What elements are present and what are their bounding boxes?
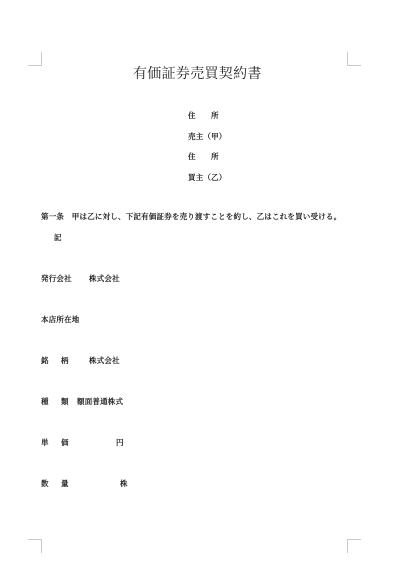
document-title: 有価証券売買契約書 xyxy=(133,66,262,83)
party-buyer-label: 買主（乙） xyxy=(188,173,227,182)
crop-mark-top-right-horizontal xyxy=(347,65,361,66)
item-label: 数 量 xyxy=(41,479,71,488)
item-label: 銘 柄 xyxy=(41,356,71,365)
item-label: 本店所在地 xyxy=(41,315,80,324)
crop-mark-top-left-horizontal xyxy=(28,65,42,66)
item-value: 額面普通株式 xyxy=(77,397,123,406)
item-label: 単 価 xyxy=(41,438,71,447)
party-seller-address-label: 住 所 xyxy=(188,111,219,120)
ki-heading: 記 xyxy=(54,233,62,242)
item-value: 株式会社 xyxy=(89,356,120,365)
party-seller-label: 売主（甲） xyxy=(188,132,227,141)
crop-mark-bottom-left-vertical xyxy=(41,539,42,553)
crop-mark-top-left-vertical xyxy=(41,52,42,66)
crop-mark-bottom-right-vertical xyxy=(347,539,348,553)
item-value: 円 xyxy=(116,438,124,447)
item-label: 発行会社 xyxy=(41,274,72,283)
item-value: 株 xyxy=(120,479,128,488)
item-value: 株式会社 xyxy=(89,274,120,283)
item-label: 種 類 xyxy=(41,397,71,406)
crop-mark-bottom-right-horizontal xyxy=(347,539,361,540)
party-buyer-address-label: 住 所 xyxy=(188,152,219,161)
clause-1: 第一条 甲は乙に対し、下記有価証券を売り渡すことを約し、乙はこれを買い受ける。 xyxy=(41,212,341,221)
crop-mark-bottom-left-horizontal xyxy=(28,539,42,540)
crop-mark-top-right-vertical xyxy=(347,52,348,66)
